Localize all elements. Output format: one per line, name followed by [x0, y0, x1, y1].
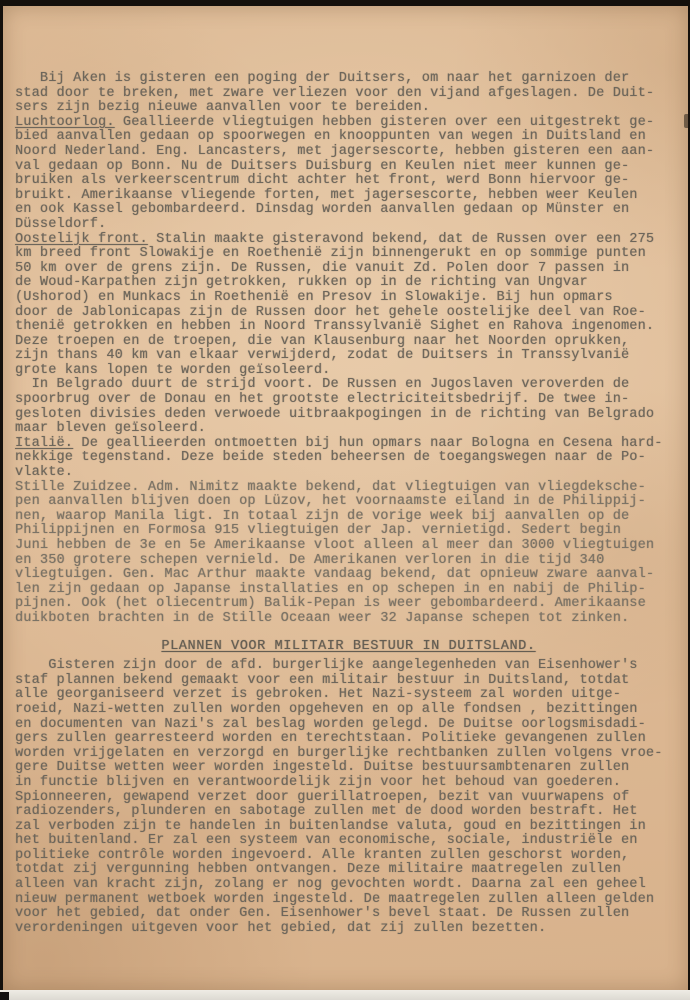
bulletin-text: Bij Aken is gisteren een poging der Duit…	[15, 72, 682, 936]
paragraph-text: Stalin maakte gisteravond bekend, dat de…	[15, 232, 654, 378]
scan-edge-speck	[684, 114, 688, 128]
paragraph-militair-bestuur: Gisteren zijn door de afd. burgerlijke a…	[15, 659, 682, 936]
document-page: Bij Aken is gisteren een poging der Duit…	[3, 6, 688, 990]
section-title: Oostelijk front.	[15, 232, 148, 247]
paragraph-stille-zuidzee: Stille Zuidzee. Adm. Nimitz maakte beken…	[15, 481, 682, 627]
paragraph-aken: Bij Aken is gisteren een poging der Duit…	[15, 72, 682, 116]
paragraph-text: Geallieerde vliegtuigen hebben gisteren …	[15, 115, 654, 232]
paragraph-luchtoorlog: Luchtoorlog. Geallieerde vliegtuigen heb…	[15, 116, 682, 233]
paragraph-text: Gisteren zijn door de afd. burgerlijke a…	[15, 658, 663, 936]
paragraph-text: Stille Zuidzee. Adm. Nimitz maakte beken…	[15, 480, 654, 626]
scan-corner-mark	[0, 992, 9, 1000]
paragraph-text: In Belgrado duurt de strijd voort. De Ru…	[15, 377, 654, 436]
paragraph-belgrado: In Belgrado duurt de strijd voort. De Ru…	[15, 378, 682, 436]
scanned-document: Bij Aken is gisteren een poging der Duit…	[0, 0, 690, 1000]
paragraph-text: Bij Aken is gisteren een poging der Duit…	[15, 71, 654, 115]
paragraph-italie: Italië. De geallieerden ontmoetten bij h…	[15, 437, 682, 481]
section-title: Italië.	[15, 436, 73, 451]
section-title: Luchtoorlog.	[15, 115, 115, 130]
paragraph-text: De geallieerden ontmoetten bij hun opmar…	[15, 436, 663, 480]
article-title: PLANNEN VOOR MILITAIR BESTUUR IN DUITSLA…	[15, 640, 682, 655]
paragraph-oostelijk-front: Oostelijk front. Stalin maakte gisteravo…	[15, 233, 682, 379]
scan-bottom-strip	[0, 990, 690, 1000]
